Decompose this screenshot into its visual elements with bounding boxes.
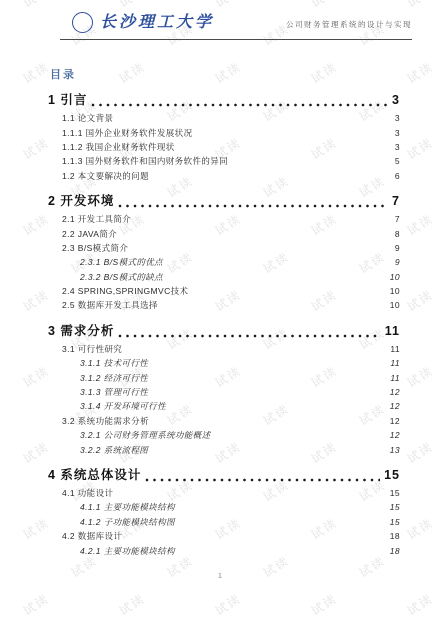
- toc-item-label: 3.2 系统功能需求分析: [62, 415, 149, 427]
- toc-item-page: 8: [395, 229, 400, 239]
- toc-item-row: 2.2 JAVA简介8: [48, 226, 400, 240]
- toc-item-page: 11: [390, 344, 400, 354]
- toc-item-page: 12: [390, 430, 400, 440]
- toc-item-label: 2.2 JAVA简介: [62, 228, 117, 240]
- toc-chapter-label: 3 需求分析: [48, 321, 114, 339]
- toc-item-label: 1.1 论文背景: [62, 112, 113, 124]
- toc-item-label: 1.1.3 国外财务软件和国内财务软件的异同: [62, 155, 228, 167]
- toc-item-page: 12: [390, 387, 400, 397]
- toc-chapter-page: 15: [384, 468, 400, 482]
- toc-item-page: 18: [390, 546, 400, 556]
- toc-item-page: 3: [395, 128, 400, 138]
- toc-chapter-page: 3: [392, 93, 400, 107]
- toc-item-label: 2.3.2 B/S模式的缺点: [80, 271, 163, 283]
- toc-item-label: 3.2.2 系统流程图: [80, 444, 148, 456]
- toc-item-page: 5: [395, 156, 400, 166]
- toc-chapter-row: 1 引言3: [48, 90, 400, 111]
- toc-item-label: 4.1.2 子功能模块结构图: [80, 516, 175, 528]
- toc-item-page: 10: [390, 300, 400, 310]
- toc-item-row: 1.1.1 国外企业财务软件发展状况3: [48, 125, 400, 139]
- toc-item-page: 6: [395, 171, 400, 181]
- toc-item-label: 1.1.2 我国企业财务软件现状: [62, 141, 175, 153]
- toc-item-row: 2.3.2 B/S模式的缺点10: [48, 270, 400, 284]
- toc-chapter-row: 4 系统总体设计15: [48, 465, 400, 486]
- toc-item-page: 13: [390, 445, 400, 455]
- toc-item-label: 2.1 开发工具简介: [62, 213, 131, 225]
- university-brand: 长沙理工大学: [72, 12, 214, 33]
- toc-item-label: 3.1.4 开发环境可行性: [80, 400, 166, 412]
- footer-page-number: 1: [0, 571, 440, 580]
- toc-item-page: 7: [395, 214, 400, 224]
- toc-item-row: 4.2.1 主要功能模块结构18: [48, 543, 400, 557]
- toc-item-row: 4.1.1 主要功能模块结构15: [48, 500, 400, 514]
- toc-item-row: 3.1.1 技术可行性11: [48, 356, 400, 370]
- toc-item-row: 2.5 数据库开发工具选择10: [48, 298, 400, 312]
- toc-item-page: 3: [395, 113, 400, 123]
- university-logo-icon: [72, 12, 93, 33]
- toc-item-page: 9: [395, 257, 400, 267]
- toc-item-row: 3.1.2 经济可行性11: [48, 370, 400, 384]
- toc-item-page: 12: [390, 416, 400, 426]
- toc-chapter-row: 3 需求分析11: [48, 321, 400, 342]
- dot-leader: [118, 203, 388, 209]
- toc-item-page: 15: [390, 502, 400, 512]
- toc-item-page: 9: [395, 243, 400, 253]
- toc-chapter-page: 11: [385, 324, 400, 338]
- toc-item-row: 3.2.1 公司财务管理系统功能概述12: [48, 428, 400, 442]
- toc-item-page: 3: [395, 142, 400, 152]
- toc-item-row: 4.1 功能设计15: [48, 486, 400, 500]
- toc-item-label: 4.2.1 主要功能模块结构: [80, 545, 175, 557]
- toc-item-page: 10: [390, 286, 400, 296]
- toc-chapter-label: 4 系统总体设计: [48, 465, 141, 483]
- toc-item-label: 3.1.3 管理可行性: [80, 386, 148, 398]
- toc-item-row: 1.1.2 我国企业财务软件现状3: [48, 140, 400, 154]
- toc-item-row: 3.2 系统功能需求分析12: [48, 414, 400, 428]
- toc-item-label: 1.2 本文要解决的问题: [62, 170, 149, 182]
- page-header: 长沙理工大学 公司财务管理系统的设计与实现: [60, 12, 412, 40]
- toc-item-page: 10: [390, 272, 400, 282]
- toc-item-row: 2.1 开发工具简介7: [48, 212, 400, 226]
- toc-item-page: 12: [390, 401, 400, 411]
- toc-item-row: 1.1 论文背景3: [48, 111, 400, 125]
- toc-item-label: 3.1.1 技术可行性: [80, 357, 148, 369]
- dot-leader: [145, 477, 380, 483]
- dot-leader: [118, 333, 380, 339]
- toc-item-row: 4.2 数据库设计18: [48, 529, 400, 543]
- toc-item-row: 2.3.1 B/S模式的优点9: [48, 255, 400, 269]
- toc-chapter-label: 1 引言: [48, 90, 87, 108]
- toc-item-label: 2.5 数据库开发工具选择: [62, 299, 158, 311]
- dot-leader: [91, 102, 388, 108]
- toc-item-row: 3.1.3 管理可行性12: [48, 385, 400, 399]
- toc-item-page: 11: [390, 373, 400, 383]
- toc-chapter-label: 2 开发环境: [48, 191, 114, 209]
- toc-item-label: 3.1.2 经济可行性: [80, 372, 148, 384]
- toc-item-page: 11: [390, 358, 400, 368]
- toc-item-row: 2.4 SPRING,SPRINGMVC技术10: [48, 284, 400, 298]
- toc-item-label: 2.3.1 B/S模式的优点: [80, 256, 163, 268]
- toc-chapter-page: 7: [392, 194, 400, 208]
- toc-item-label: 2.3 B/S模式简介: [62, 242, 128, 254]
- toc-item-row: 1.2 本文要解决的问题6: [48, 169, 400, 183]
- toc-item-label: 2.4 SPRING,SPRINGMVC技术: [62, 285, 188, 297]
- toc-item-label: 4.1 功能设计: [62, 487, 113, 499]
- toc-chapter-row: 2 开发环境7: [48, 191, 400, 212]
- document-page: 长沙理工大学 公司财务管理系统的设计与实现 目录 1 引言31.1 论文背景31…: [0, 0, 440, 620]
- toc-item-row: 3.1.4 开发环境可行性12: [48, 399, 400, 413]
- toc-list: 1 引言31.1 论文背景31.1.1 国外企业财务软件发展状况31.1.2 我…: [48, 90, 400, 558]
- university-name: 长沙理工大学: [100, 14, 214, 32]
- toc-item-label: 4.2 数据库设计: [62, 530, 122, 542]
- toc-item-label: 3.1 可行性研究: [62, 343, 122, 355]
- toc-item-label: 4.1.1 主要功能模块结构: [80, 501, 175, 513]
- toc-item-row: 1.1.3 国外财务软件和国内财务软件的异同5: [48, 154, 400, 168]
- toc-item-label: 1.1.1 国外企业财务软件发展状况: [62, 127, 192, 139]
- toc-item-row: 3.1 可行性研究11: [48, 342, 400, 356]
- toc-item-page: 18: [390, 531, 400, 541]
- toc-item-label: 3.2.1 公司财务管理系统功能概述: [80, 429, 210, 441]
- header-doc-title: 公司财务管理系统的设计与实现: [286, 19, 412, 33]
- toc-item-page: 15: [390, 517, 400, 527]
- toc-item-page: 15: [390, 488, 400, 498]
- toc-item-row: 3.2.2 系统流程图13: [48, 442, 400, 456]
- toc-item-row: 4.1.2 子功能模块结构图15: [48, 515, 400, 529]
- table-of-contents: 目录 1 引言31.1 论文背景31.1.1 国外企业财务软件发展状况31.1.…: [48, 66, 400, 558]
- toc-title: 目录: [50, 66, 400, 82]
- toc-item-row: 2.3 B/S模式简介9: [48, 241, 400, 255]
